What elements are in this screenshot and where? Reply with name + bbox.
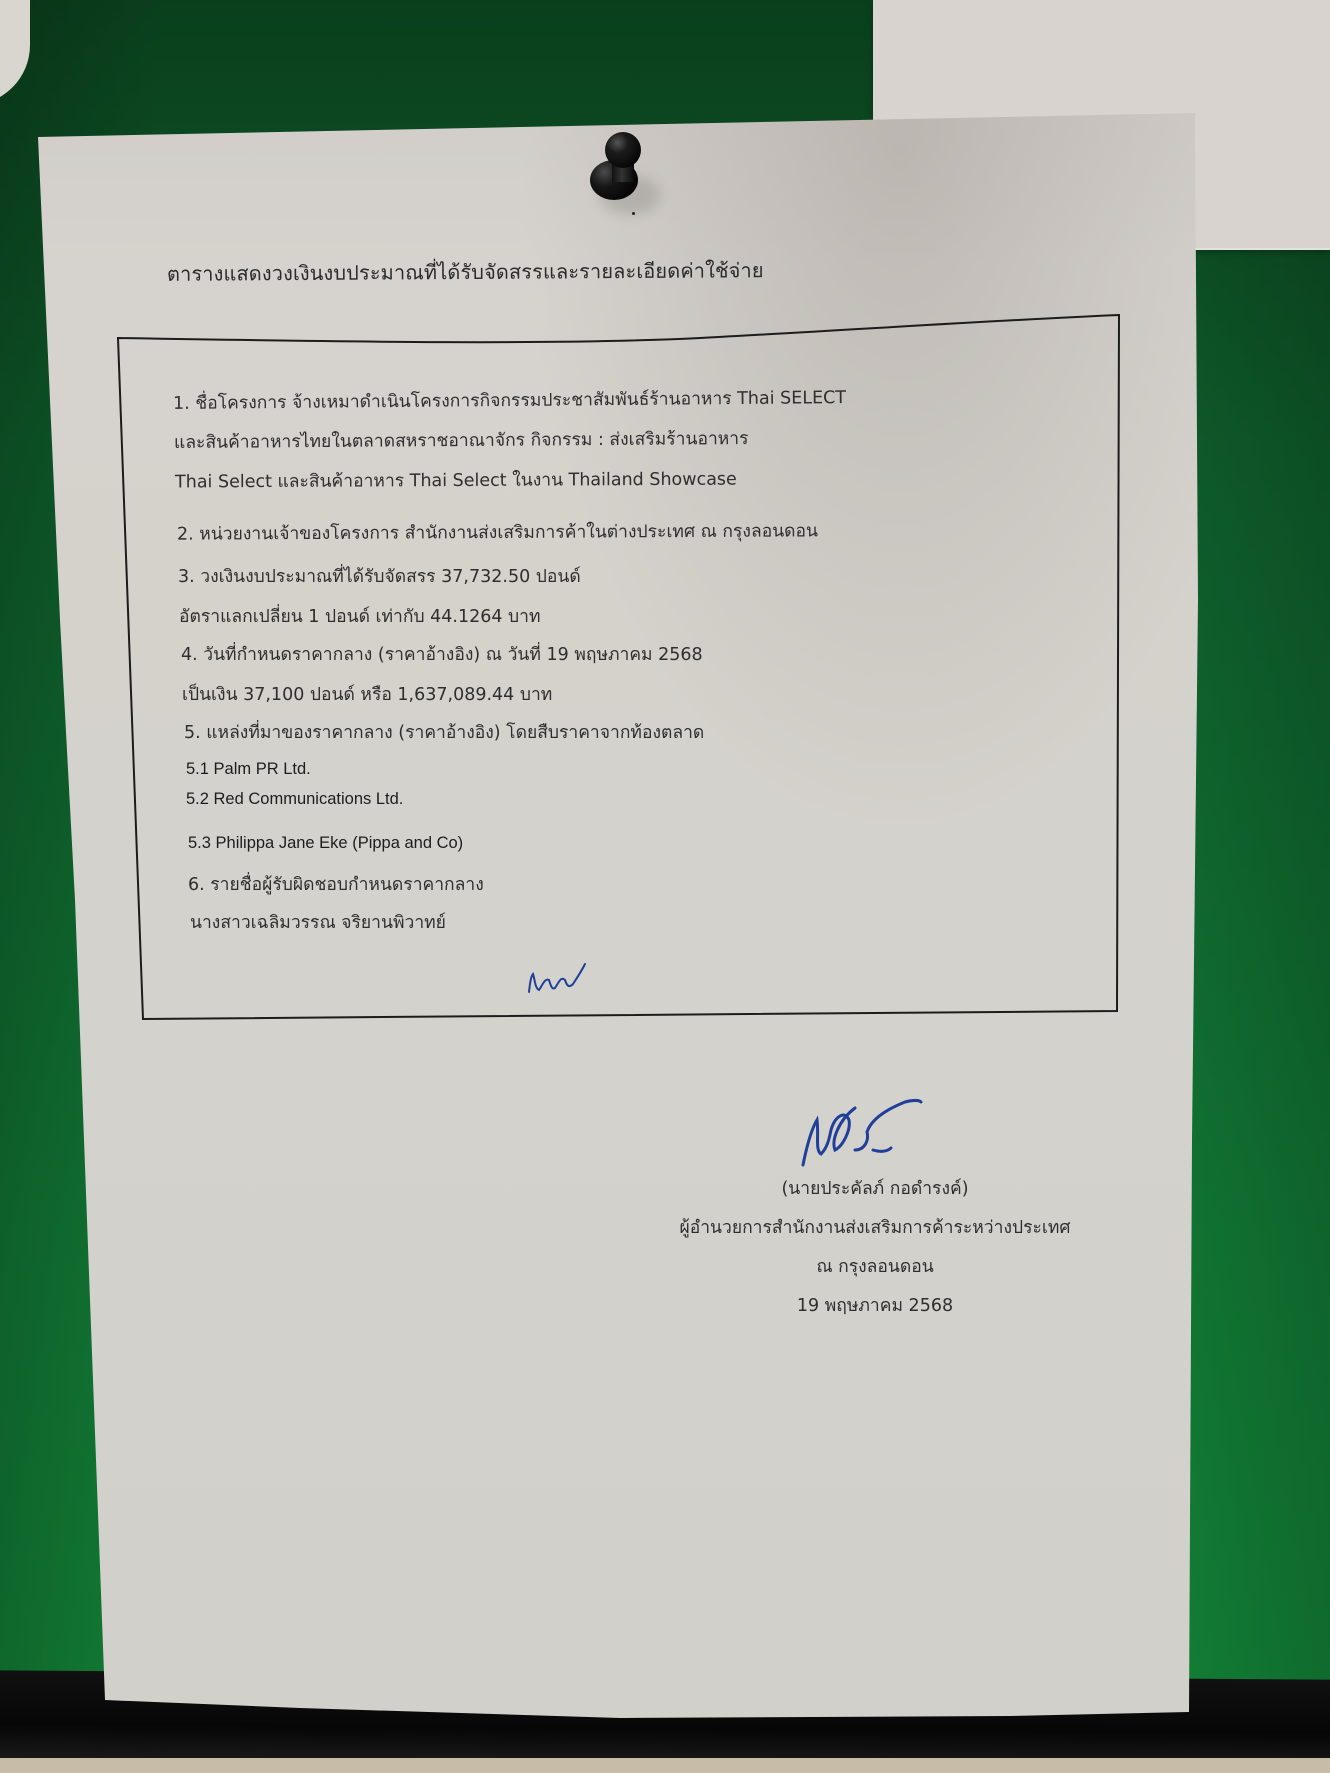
signatory-location: ณ กรุงลอนดอน bbox=[715, 1252, 1035, 1280]
item-1-line-2: และสินค้าอาหารไทยในตลาดสหราชอาณาจักร กิจ… bbox=[174, 424, 749, 456]
item-1-line-3: Thai Select และสินค้าอาหาร Thai Select ใ… bbox=[175, 465, 737, 496]
item-2: 2. หน่วยงานเจ้าของโครงการ สำนักงานส่งเสร… bbox=[177, 516, 818, 547]
pushpin-head bbox=[605, 132, 641, 168]
item-3-budget: 3. วงเงินงบประมาณที่ได้รับจัดสรร 37,732.… bbox=[178, 562, 581, 590]
pin-hole bbox=[632, 212, 635, 215]
signatory-position: ผู้อำนวยการสำนักงานส่งเสริมการค้าระหว่าง… bbox=[660, 1213, 1090, 1241]
item-6-name: นางสาวเฉลิมวรรณ จริยานพิวาทย์ bbox=[190, 908, 446, 936]
initials-signature-icon bbox=[525, 950, 615, 1000]
item-4-reference-date: 4. วันที่กำหนดราคากลาง (ราคาอ้างอิง) ณ ว… bbox=[181, 640, 703, 668]
wall-strip bbox=[0, 1758, 1330, 1773]
item-6-responsible: 6. รายชื่อผู้รับผิดชอบกำหนดราคากลาง bbox=[188, 870, 484, 898]
source-5-2: 5.2 Red Communications Ltd. bbox=[186, 790, 403, 809]
source-5-1: 5.1 Palm PR Ltd. bbox=[186, 760, 311, 779]
signatory-date: 19 พฤษภาคม 2568 bbox=[715, 1291, 1035, 1319]
item-3-exchange-rate: อัตราแลกเปลี่ยน 1 ปอนด์ เท่ากับ 44.1264 … bbox=[179, 602, 541, 630]
signatory-name: (นายประคัลภ์ กอดำรงค์) bbox=[715, 1174, 1035, 1202]
item-4-reference-amount: เป็นเงิน 37,100 ปอนด์ หรือ 1,637,089.44 … bbox=[182, 680, 552, 708]
item-5-source: 5. แหล่งที่มาของราคากลาง (ราคาอ้างอิง) โ… bbox=[184, 718, 704, 746]
director-signature-icon bbox=[795, 1090, 935, 1170]
item-1-line-1: 1. ชื่อโครงการ จ้างเหมาดำเนินโครงการกิจก… bbox=[173, 383, 846, 417]
document-title: ตารางแสดงวงเงินงบประมาณที่ได้รับจัดสรรแล… bbox=[167, 254, 764, 290]
source-5-3: 5.3 Philippa Jane Eke (Pippa and Co) bbox=[188, 834, 463, 853]
